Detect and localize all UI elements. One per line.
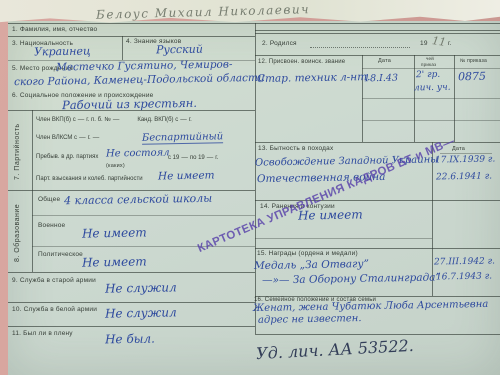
s7-line1-d: г. [189, 117, 192, 123]
s12-label: 12. Присвоен. воинск. звание [258, 59, 345, 65]
s7-line3: Пребыв. в др. партиях [36, 154, 98, 160]
side-strip-line [32, 110, 33, 272]
s7-line4-value: Не имеет [158, 170, 215, 183]
s12-col-whose-2: приказ [421, 62, 436, 67]
s16-bottom-line [255, 334, 500, 335]
right-double-line-2 [255, 33, 500, 34]
field-10-label: 10. Служба в белой армии [12, 306, 97, 313]
s12-header-line [362, 68, 500, 69]
s7-line2: Член ВЛКСМ с—г.— [36, 134, 101, 141]
s8-row1-value: 4 класса сельской школы [64, 192, 212, 208]
s7-line3-c: по 19 [190, 155, 205, 161]
s12-num-value: 0875 [458, 70, 486, 83]
s13-row2-date: 22.6.1941 г. [436, 172, 492, 183]
s9-bottom-line [8, 302, 255, 303]
right-double-line-1 [255, 30, 500, 31]
center-divider [255, 23, 256, 334]
field-4-value: Русский [156, 43, 203, 57]
field-3-value: Украинец [34, 45, 91, 59]
card-top-line [8, 23, 500, 24]
s12-whose-value-1: 2' гр. [416, 70, 440, 80]
s7-line1: Член ВКП(б) с—г. п. б. №—Канд. ВКП(б) с—… [36, 116, 192, 123]
s7-line2-a: Член ВЛКСМ с [36, 135, 77, 141]
field-2-year-handwritten: 11 [431, 34, 447, 49]
field-6-value: Рабочий из крестьян. [62, 96, 197, 112]
s12-row1-line [362, 98, 500, 99]
blank-dash: — [179, 154, 190, 161]
line-under-f1 [8, 36, 255, 37]
blank-dash: — [76, 116, 87, 123]
field-2-year-prefix: 19 [420, 40, 428, 47]
s7-line3-b: с 19 [168, 155, 179, 161]
s15-row1-text: Медаль „За Отвагу” [254, 258, 369, 272]
s8-row1-line [32, 215, 255, 216]
s7-line1-c: Канд. ВКП(б) с [121, 117, 178, 123]
s12-date-value: 18.I.43 [364, 73, 398, 85]
s7-s8-line [8, 190, 255, 191]
s8-row3-label: Политическое [38, 251, 83, 258]
s14-inner-line [255, 238, 432, 239]
field-9-value: Не служил [105, 280, 177, 295]
s7-line1-a: Член ВКП(б) с [36, 117, 76, 123]
field-2-label: 2. Родился [262, 40, 297, 47]
s7-line3-d: г. [215, 155, 218, 161]
s8-row2-value: Не имеет [82, 225, 147, 240]
s12-col-num: № приказа [460, 58, 487, 64]
s15-label: 15. Награды (ордена и медали) [257, 250, 358, 257]
f3-f4-divider [122, 36, 123, 60]
s14-bottom-line [255, 248, 500, 249]
s8-bottom-line [8, 272, 255, 273]
field-2-dotted-blank [310, 40, 410, 48]
s12-row2-line [362, 120, 500, 121]
s7-line4: Парт. взыскания и колеб. партийности [36, 176, 143, 182]
s12-rank-value: Стар. техник л-нт. [257, 71, 371, 85]
s7-line4-a: Парт. взыскания и колеб. партийности [36, 176, 143, 182]
section-7-side-label: 7. Партийность [14, 122, 21, 180]
s10-bottom-line [8, 326, 255, 327]
s7-line2-value: Беспартийный [142, 131, 223, 144]
s7-line3-blanks: с 19—по 19—г. [168, 154, 218, 161]
s7-line3-a: Пребыв. в др. партиях [36, 154, 98, 160]
s15-row2-date: 16.7.1943 г. [436, 272, 492, 283]
field-10-value: Не служил [105, 305, 177, 320]
s16-value-line2: адрес не известен. [258, 313, 362, 326]
s13-row1-date: 17.IX.1939 г. [435, 154, 495, 165]
s12-col-whose-1: чей [426, 56, 434, 61]
field-11-value: Не был. [105, 332, 155, 347]
line-under-f2 [255, 55, 500, 56]
s7-line1-b: г. п. б. № [86, 117, 111, 123]
section-8-side-label: 8. Образование [14, 200, 21, 262]
s12-whose-value-2: лич. уч. [414, 83, 451, 94]
blank-dash: — [91, 134, 102, 141]
s15-row1-date: 27.III.1942 г. [434, 256, 495, 267]
field-9-label: 9. Служба в старой армии [12, 277, 96, 284]
s7-line3-value: Не состоял [106, 147, 170, 159]
s14-value: Не имеет [298, 207, 363, 222]
blank-dash: — [205, 154, 216, 161]
s8-row3-value: Не имеет [82, 254, 147, 269]
s8-row1-label: Общее [38, 196, 60, 203]
blank-dash: — [111, 116, 122, 123]
blank-dash: — [178, 116, 189, 123]
field-1-label: 1. Фамилия, имя, отчество [12, 26, 97, 33]
s13-bottom-line [255, 200, 500, 201]
s13-label: 13. Бытность в походах [258, 145, 333, 152]
field-2-year-suffix: г. [448, 40, 452, 47]
blank-dash: — [77, 134, 88, 141]
s12-col-date: Дата [378, 58, 391, 64]
s7-line3-sub: (каких) [106, 163, 125, 169]
field-11-label: 11. Был ли в плену [12, 330, 73, 337]
s8-row2-label: Военное [38, 222, 65, 229]
